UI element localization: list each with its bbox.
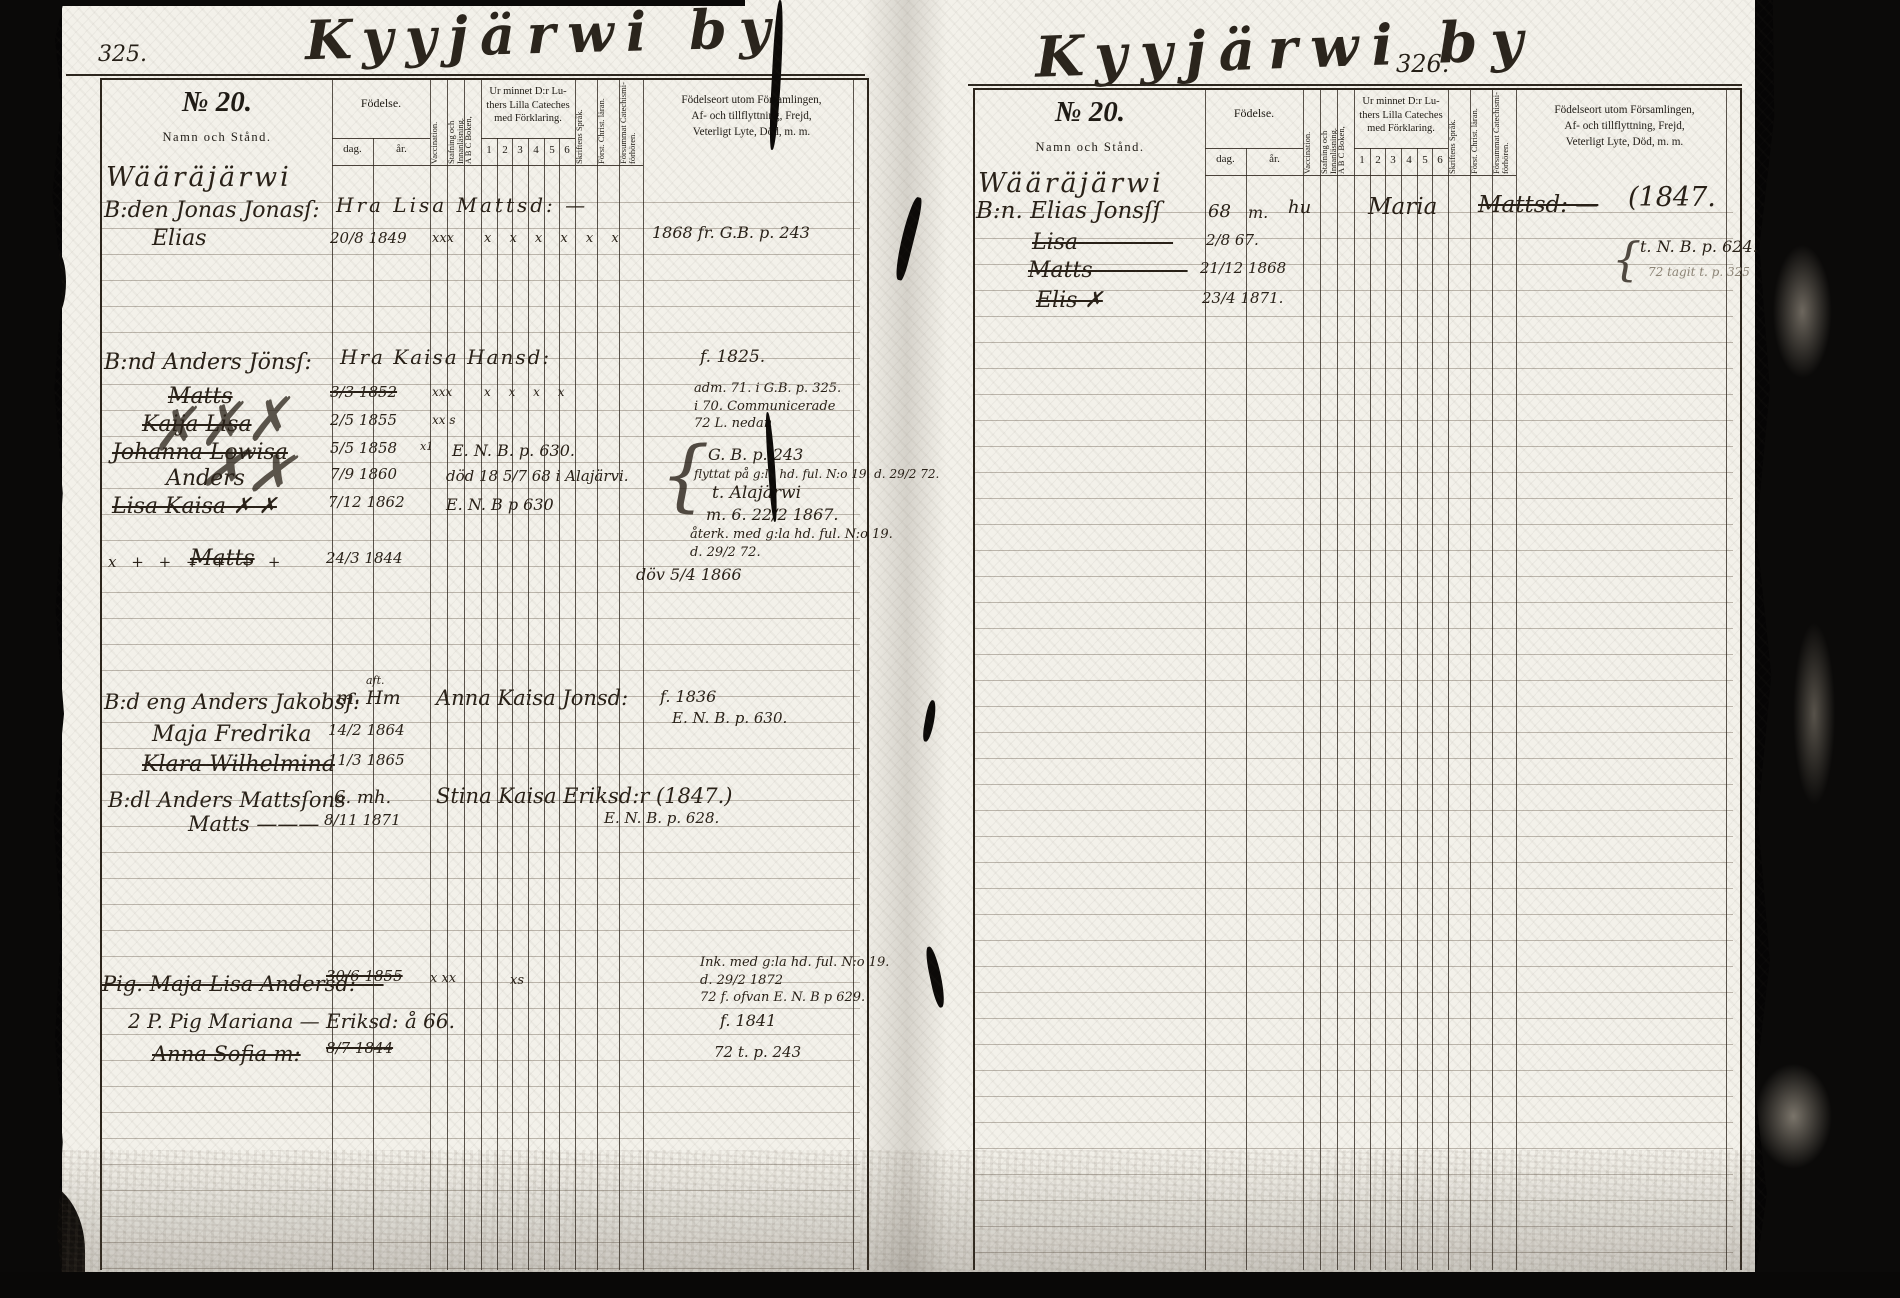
handwritten-entry: 8/11 1871 [324, 810, 401, 830]
handwritten-entry: Elias [152, 224, 207, 254]
scan-border-bottom [0, 1272, 1900, 1298]
scribble-cross: ✗✗ [196, 429, 298, 515]
handwritten-note: E. N. B. p. 630. [452, 440, 575, 462]
handwritten-entry: x xx [430, 970, 456, 988]
scan-border-right [1752, 0, 1900, 1298]
handwritten-entry: 2/8 67. [1206, 230, 1259, 250]
handwritten-entry: 2 P. Pig Mariana — Eriksd: å 66. [128, 1008, 455, 1035]
handwritten-entry: xxx [432, 230, 454, 248]
handwritten-entry: 14/2 1864 [328, 720, 405, 740]
handwritten-note: t. Alajärwi [712, 482, 801, 505]
scan-texture [62, 1150, 1755, 1272]
handwritten-entry: xs [510, 972, 524, 990]
handwritten-note: E. N. B. p. 628. [604, 808, 719, 828]
handwritten-entry: Anna Kaisa Jonsd: [436, 684, 628, 712]
handwritten-entry: m. [1248, 202, 1268, 224]
handwritten-entry: m. Hm [336, 686, 401, 712]
brace-mark: { [660, 424, 710, 529]
handwritten-entry: B:n. Elias Jonsſſ [976, 196, 1161, 227]
handwritten-note: E. N. B. p. 630. [672, 708, 787, 728]
handwritten-entry: B:den Jonas Jonasſ: [104, 196, 320, 226]
handwritten-entry-struck: Mattsd: — [1478, 190, 1598, 221]
brace-mark: { [1612, 228, 1641, 290]
handwritten-entry: Hra Lisa Mattsd: — [336, 192, 588, 219]
handwritten-entry: 23/4 1871. [1202, 288, 1283, 308]
handwritten-note: flyttat på g:la hd. ful. N:o 19. d. 29/2… [694, 466, 939, 482]
handwritten-marks: x + + + + + + [108, 552, 285, 572]
handwritten-note: döv 5/4 1866 [636, 564, 742, 586]
handwritten-entry: 6. mh. [334, 786, 391, 810]
handwritten-note-faint: 72 tagit t. p. 325 [1648, 264, 1750, 280]
handwritten-note: t. N. B. p. 624. [1640, 236, 1758, 258]
handwritten-note: (1847. [1628, 180, 1716, 216]
handwritten-entry-struck: 3/3 1852 [330, 382, 397, 402]
handwritten-entry: 1868 fr. G.B. p. 243 [652, 222, 810, 244]
handwritten-note: död 18 5/7 68 i Alajärvi. [446, 466, 629, 486]
handwritten-entry-struck: Matts ———— [1028, 256, 1188, 286]
handwritten-entry: x x x x x x [484, 230, 626, 248]
handwritten-entry: 5/5 1858 [330, 438, 397, 458]
village-heading: Wääräjärwi [106, 160, 292, 196]
handwritten-note: f. 1836 [660, 686, 716, 708]
handwritten-entry: 7/12 1862 [328, 492, 405, 512]
handwritten-entry: 24/3 1844 [326, 548, 403, 568]
handwritten-entry: Maria [1368, 192, 1437, 223]
handwritten-entry: 2/5 1855 [330, 410, 397, 430]
handwritten-note: f. 1841 [720, 1010, 776, 1032]
handwritten-entry-struck: Elis ✗ [1036, 286, 1103, 316]
handwriting-layer: Wääräjärwi Wääräjärwi B:den Jonas Jonasſ… [0, 0, 1900, 1298]
handwritten-entry: 68 [1208, 200, 1231, 224]
handwritten-entry: x x x x [484, 384, 572, 400]
church-record-book-scan: 325. 326. Kyyjärwi by Kyyjärwi by № 20. … [0, 0, 1900, 1298]
handwritten-entry: B:nd Anders Jönsſ: [104, 348, 312, 378]
handwritten-entry: xxx [432, 384, 452, 400]
handwritten-entry-struck: Lisa ———— [1032, 228, 1173, 258]
handwritten-note: G. B. p. 243 [708, 444, 803, 466]
handwritten-entry: Hra Kaisa Hansd: [340, 344, 551, 371]
handwritten-note: 72 t. p. 243 [714, 1042, 801, 1062]
handwritten-entry: Stina Kaisa Eriksd:r (1847.) [436, 782, 732, 810]
handwritten-note: Ink. med g:la hd. ful. N:o 19. d. 29/2 1… [700, 954, 889, 1007]
handwritten-entry-struck: 8/7 1844 [326, 1038, 393, 1058]
handwritten-entry: hu [1288, 196, 1311, 220]
handwritten-entry: B:d eng Anders Jakobsſ: [104, 688, 360, 716]
handwritten-entry: x1 [420, 440, 433, 455]
handwritten-note: återk. med g:la hd. ful. N:o 19. d. 29/2… [690, 526, 893, 561]
handwritten-entry: xx s [432, 412, 456, 428]
handwritten-entry: f. 1825. [700, 346, 765, 369]
handwritten-entry-struck: 30/6 1855 [326, 966, 403, 986]
scan-border-top [0, 0, 745, 6]
handwritten-entry: 21/12 1868 [1200, 258, 1286, 278]
handwritten-entry: 7/9 1860 [330, 464, 397, 484]
handwritten-note: E. N. B p 630 [446, 494, 554, 516]
handwritten-entry: 20/8 1849 [330, 228, 407, 248]
handwritten-entry-struck: Anna Sofia m: [152, 1040, 301, 1068]
handwritten-entry: Matts ——— [188, 810, 319, 838]
handwritten-entry-struck: Klara Wilhelmina [142, 750, 335, 780]
handwritten-entry: Maja Fredrika [152, 720, 311, 750]
handwritten-entry: 11/3 1865 [328, 750, 405, 770]
